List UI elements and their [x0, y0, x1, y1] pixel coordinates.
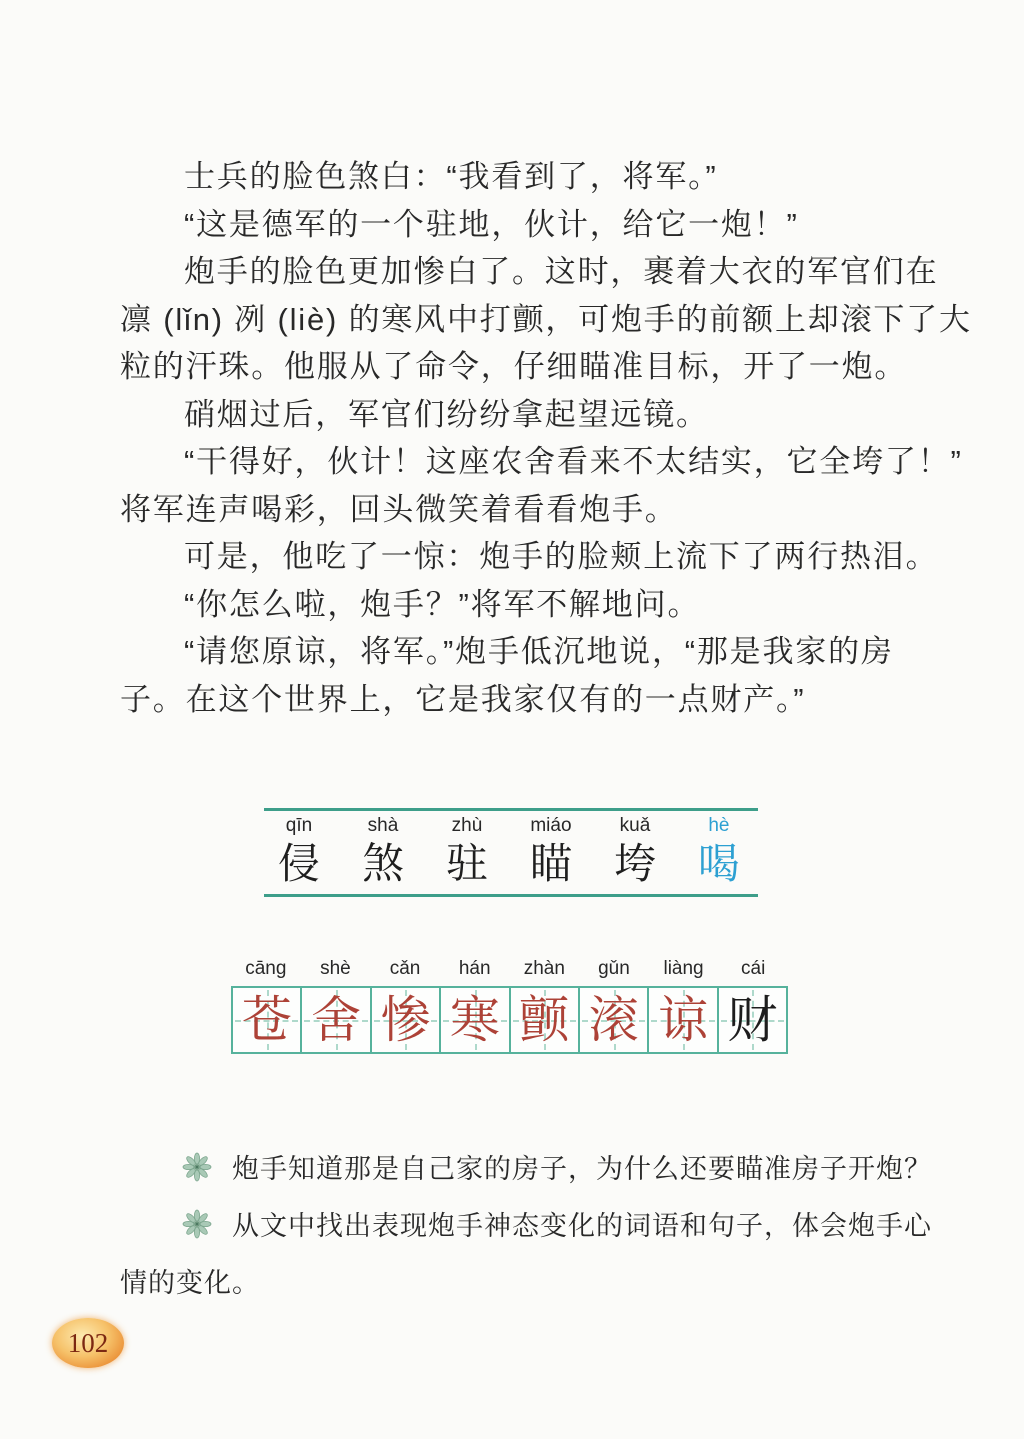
new-word-pinyin: miáo — [530, 814, 571, 838]
new-word-pinyin: qīn — [286, 814, 312, 838]
story-line: 士兵的脸色煞白：“我看到了，将军。” — [120, 150, 920, 198]
story-line: “你怎么啦，炮手？”将军不解地问。 — [120, 578, 920, 626]
grid-word-pinyin: cǎn — [370, 958, 440, 980]
story-line: 凛 (lǐn) 冽 (liè) 的寒风中打颤，可炮手的前额上却滚下了大 — [120, 293, 920, 341]
story-line: 粒的汗珠。他服从了命令，仔细瞄准目标，开了一炮。 — [120, 340, 920, 388]
new-word-pinyin: shà — [368, 814, 399, 838]
story-line: 炮手的脸色更加惨白了。这时，裹着大衣的军官们在 — [120, 245, 920, 293]
new-word-item: kuǎ垮 — [614, 814, 656, 894]
story-line: “请您原谅，将军。”炮手低沉地说，“那是我家的房 — [120, 625, 920, 673]
new-word-pinyin: kuǎ — [620, 814, 651, 838]
new-word-character: 垮 — [614, 838, 656, 890]
story-line: 子。在这个世界上，它是我家仅有的一点财产。” — [120, 673, 920, 721]
story-line: 可是，他吃了一惊：炮手的脸颊上流下了两行热泪。 — [120, 530, 920, 578]
snowflake-flower-icon — [182, 1209, 212, 1239]
grid-word-character: 颤 — [519, 990, 569, 1050]
new-word-character: 瞄 — [530, 838, 572, 890]
new-word-character: 侵 — [278, 838, 320, 890]
grid-word-pinyin: zhàn — [510, 958, 580, 980]
writing-grid-cell: 舍 — [302, 988, 371, 1052]
question-line: 炮手知道那是自己家的房子，为什么还要瞄准房子开炮？ — [120, 1138, 940, 1195]
story-line: 硝烟过后，军官们纷纷拿起望远镜。 — [120, 388, 920, 436]
snowflake-flower-icon — [182, 1152, 212, 1182]
writing-grid-cell: 滚 — [580, 988, 649, 1052]
grid-word-pinyin: hán — [440, 958, 510, 980]
writing-grid-cell: 财 — [719, 988, 786, 1052]
question-text: 从文中找出表现炮手神态变化的词语和句子，体会炮手心 — [232, 1204, 932, 1243]
new-word-item: qīn侵 — [278, 814, 320, 894]
grid-word-character: 谅 — [658, 990, 708, 1050]
new-word-item: zhù驻 — [446, 814, 488, 894]
story-line: “干得好，伙计！这座农舍看来不太结实，它全垮了！” — [120, 435, 920, 483]
page-number: 102 — [68, 1328, 109, 1359]
story-line: “这是德军的一个驻地，伙计，给它一炮！” — [120, 198, 920, 246]
story-line: 将军连声喝彩，回头微笑着看看炮手。 — [120, 483, 920, 531]
grid-word-pinyin: cāng — [231, 958, 301, 980]
grid-word-character: 寒 — [450, 990, 500, 1050]
grid-word-pinyin: shè — [301, 958, 371, 980]
writing-grid-cell: 颤 — [511, 988, 580, 1052]
question-line: 情的变化。 — [120, 1252, 940, 1309]
vocab-row-writing-grid: cāngshècǎnhánzhàngǔnliàngcái 苍舍惨寒颤滚谅财 — [231, 958, 788, 1054]
new-word-item: shà煞 — [362, 814, 404, 894]
new-word-pinyin: hè — [708, 814, 729, 838]
writing-grid: 苍舍惨寒颤滚谅财 — [231, 986, 788, 1054]
grid-word-pinyin: cái — [718, 958, 788, 980]
grid-word-character: 滚 — [589, 990, 639, 1050]
page-number-badge: 102 — [52, 1318, 124, 1368]
grid-word-pinyin: gǔn — [579, 958, 649, 980]
writing-grid-cell: 苍 — [233, 988, 302, 1052]
textbook-page: 士兵的脸色煞白：“我看到了，将军。”“这是德军的一个驻地，伙计，给它一炮！”炮手… — [0, 0, 1024, 1439]
grid-word-pinyin: liàng — [649, 958, 719, 980]
new-word-character: 喝 — [698, 838, 740, 890]
story-text: 士兵的脸色煞白：“我看到了，将军。”“这是德军的一个驻地，伙计，给它一炮！”炮手… — [120, 150, 920, 720]
grid-word-character: 财 — [727, 990, 777, 1050]
grid-word-character: 苍 — [242, 990, 292, 1050]
new-word-item: miáo瞄 — [530, 814, 572, 894]
writing-grid-cell: 寒 — [441, 988, 510, 1052]
question-text: 情的变化。 — [120, 1261, 260, 1300]
questions-section: 炮手知道那是自己家的房子，为什么还要瞄准房子开炮？ 从文中找出表现炮手神态变化的… — [120, 1138, 940, 1309]
question-line: 从文中找出表现炮手神态变化的词语和句子，体会炮手心 — [120, 1195, 940, 1252]
writing-grid-cell: 惨 — [372, 988, 441, 1052]
new-word-character: 煞 — [362, 838, 404, 890]
new-word-pinyin: zhù — [452, 814, 483, 838]
new-word-item: hè喝 — [698, 814, 740, 894]
new-word-character: 驻 — [446, 838, 488, 890]
question-text: 炮手知道那是自己家的房子，为什么还要瞄准房子开炮？ — [232, 1147, 932, 1186]
grid-word-character: 舍 — [311, 990, 361, 1050]
vocab-row-new-words: qīn侵shà煞zhù驻miáo瞄kuǎ垮hè喝 — [264, 808, 758, 897]
grid-word-character: 惨 — [380, 990, 430, 1050]
writing-grid-pinyin-row: cāngshècǎnhánzhàngǔnliàngcái — [231, 958, 788, 980]
writing-grid-cell: 谅 — [649, 988, 718, 1052]
